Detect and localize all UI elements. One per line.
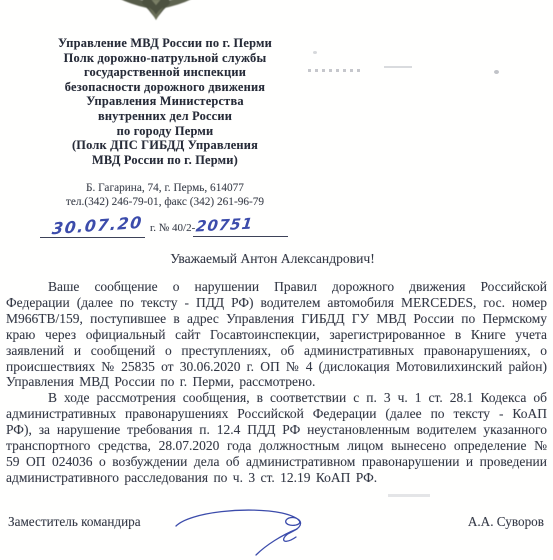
letterhead-line: безопасности дорожного движения — [14, 80, 316, 95]
letterhead-line: (Полк ДПС ГИБДД Управления — [14, 138, 316, 153]
letter-body: Ваше сообщение о нарушении Правил дорожн… — [6, 279, 547, 486]
body-paragraph-1: Ваше сообщение о нарушении Правил дорожн… — [6, 279, 547, 390]
signer-name: А.А. Суворов — [468, 514, 544, 530]
address-phones: тел.(342) 246-79-01, факс (342) 261-96-7… — [14, 196, 316, 210]
letterhead-line: внутренних дел России — [14, 109, 316, 124]
scan-artifact — [388, 494, 430, 497]
salutation: Уважаемый Антон Александрович! — [0, 251, 545, 267]
letterhead-line: Управления Министерства — [14, 94, 316, 109]
address-block: Б. Гагарина, 74, г. Пермь, 614077 тел.(3… — [14, 182, 316, 209]
letterhead-line: МВД России по г. Перми) — [14, 153, 316, 168]
reference-number-prefix: г. № 40/2- — [150, 222, 195, 234]
body-paragraph-2: В ходе рассмотрения сообщения, в соответ… — [6, 390, 547, 485]
letterhead-block: Управление МВД России по г. Перми Полк д… — [14, 36, 316, 167]
scan-artifact — [308, 69, 362, 72]
scan-artifact — [494, 70, 499, 74]
date-underline — [40, 237, 145, 238]
scan-artifact — [384, 66, 412, 68]
letterhead-line: Управление МВД России по г. Перми — [14, 36, 316, 51]
document-page: Управление МВД России по г. Перми Полк д… — [0, 0, 553, 560]
handwritten-reference-number: 20751 — [195, 214, 254, 235]
letterhead-line: государственной инспекции — [14, 65, 316, 80]
handwritten-date: 30.07.20 — [51, 213, 144, 239]
mvd-emblem-icon — [104, 0, 208, 22]
letterhead-line: по городу Перми — [14, 124, 316, 139]
signer-position-title: Заместитель командира — [8, 514, 141, 530]
reference-line: 30.07.20 г. № 40/2- 20751 — [0, 212, 320, 242]
letterhead-line: Полк дорожно-патрульной службы — [14, 51, 316, 66]
signature-scribble-icon — [170, 498, 320, 558]
number-underline — [193, 236, 288, 237]
address-street: Б. Гагарина, 74, г. Пермь, 614077 — [14, 182, 316, 196]
